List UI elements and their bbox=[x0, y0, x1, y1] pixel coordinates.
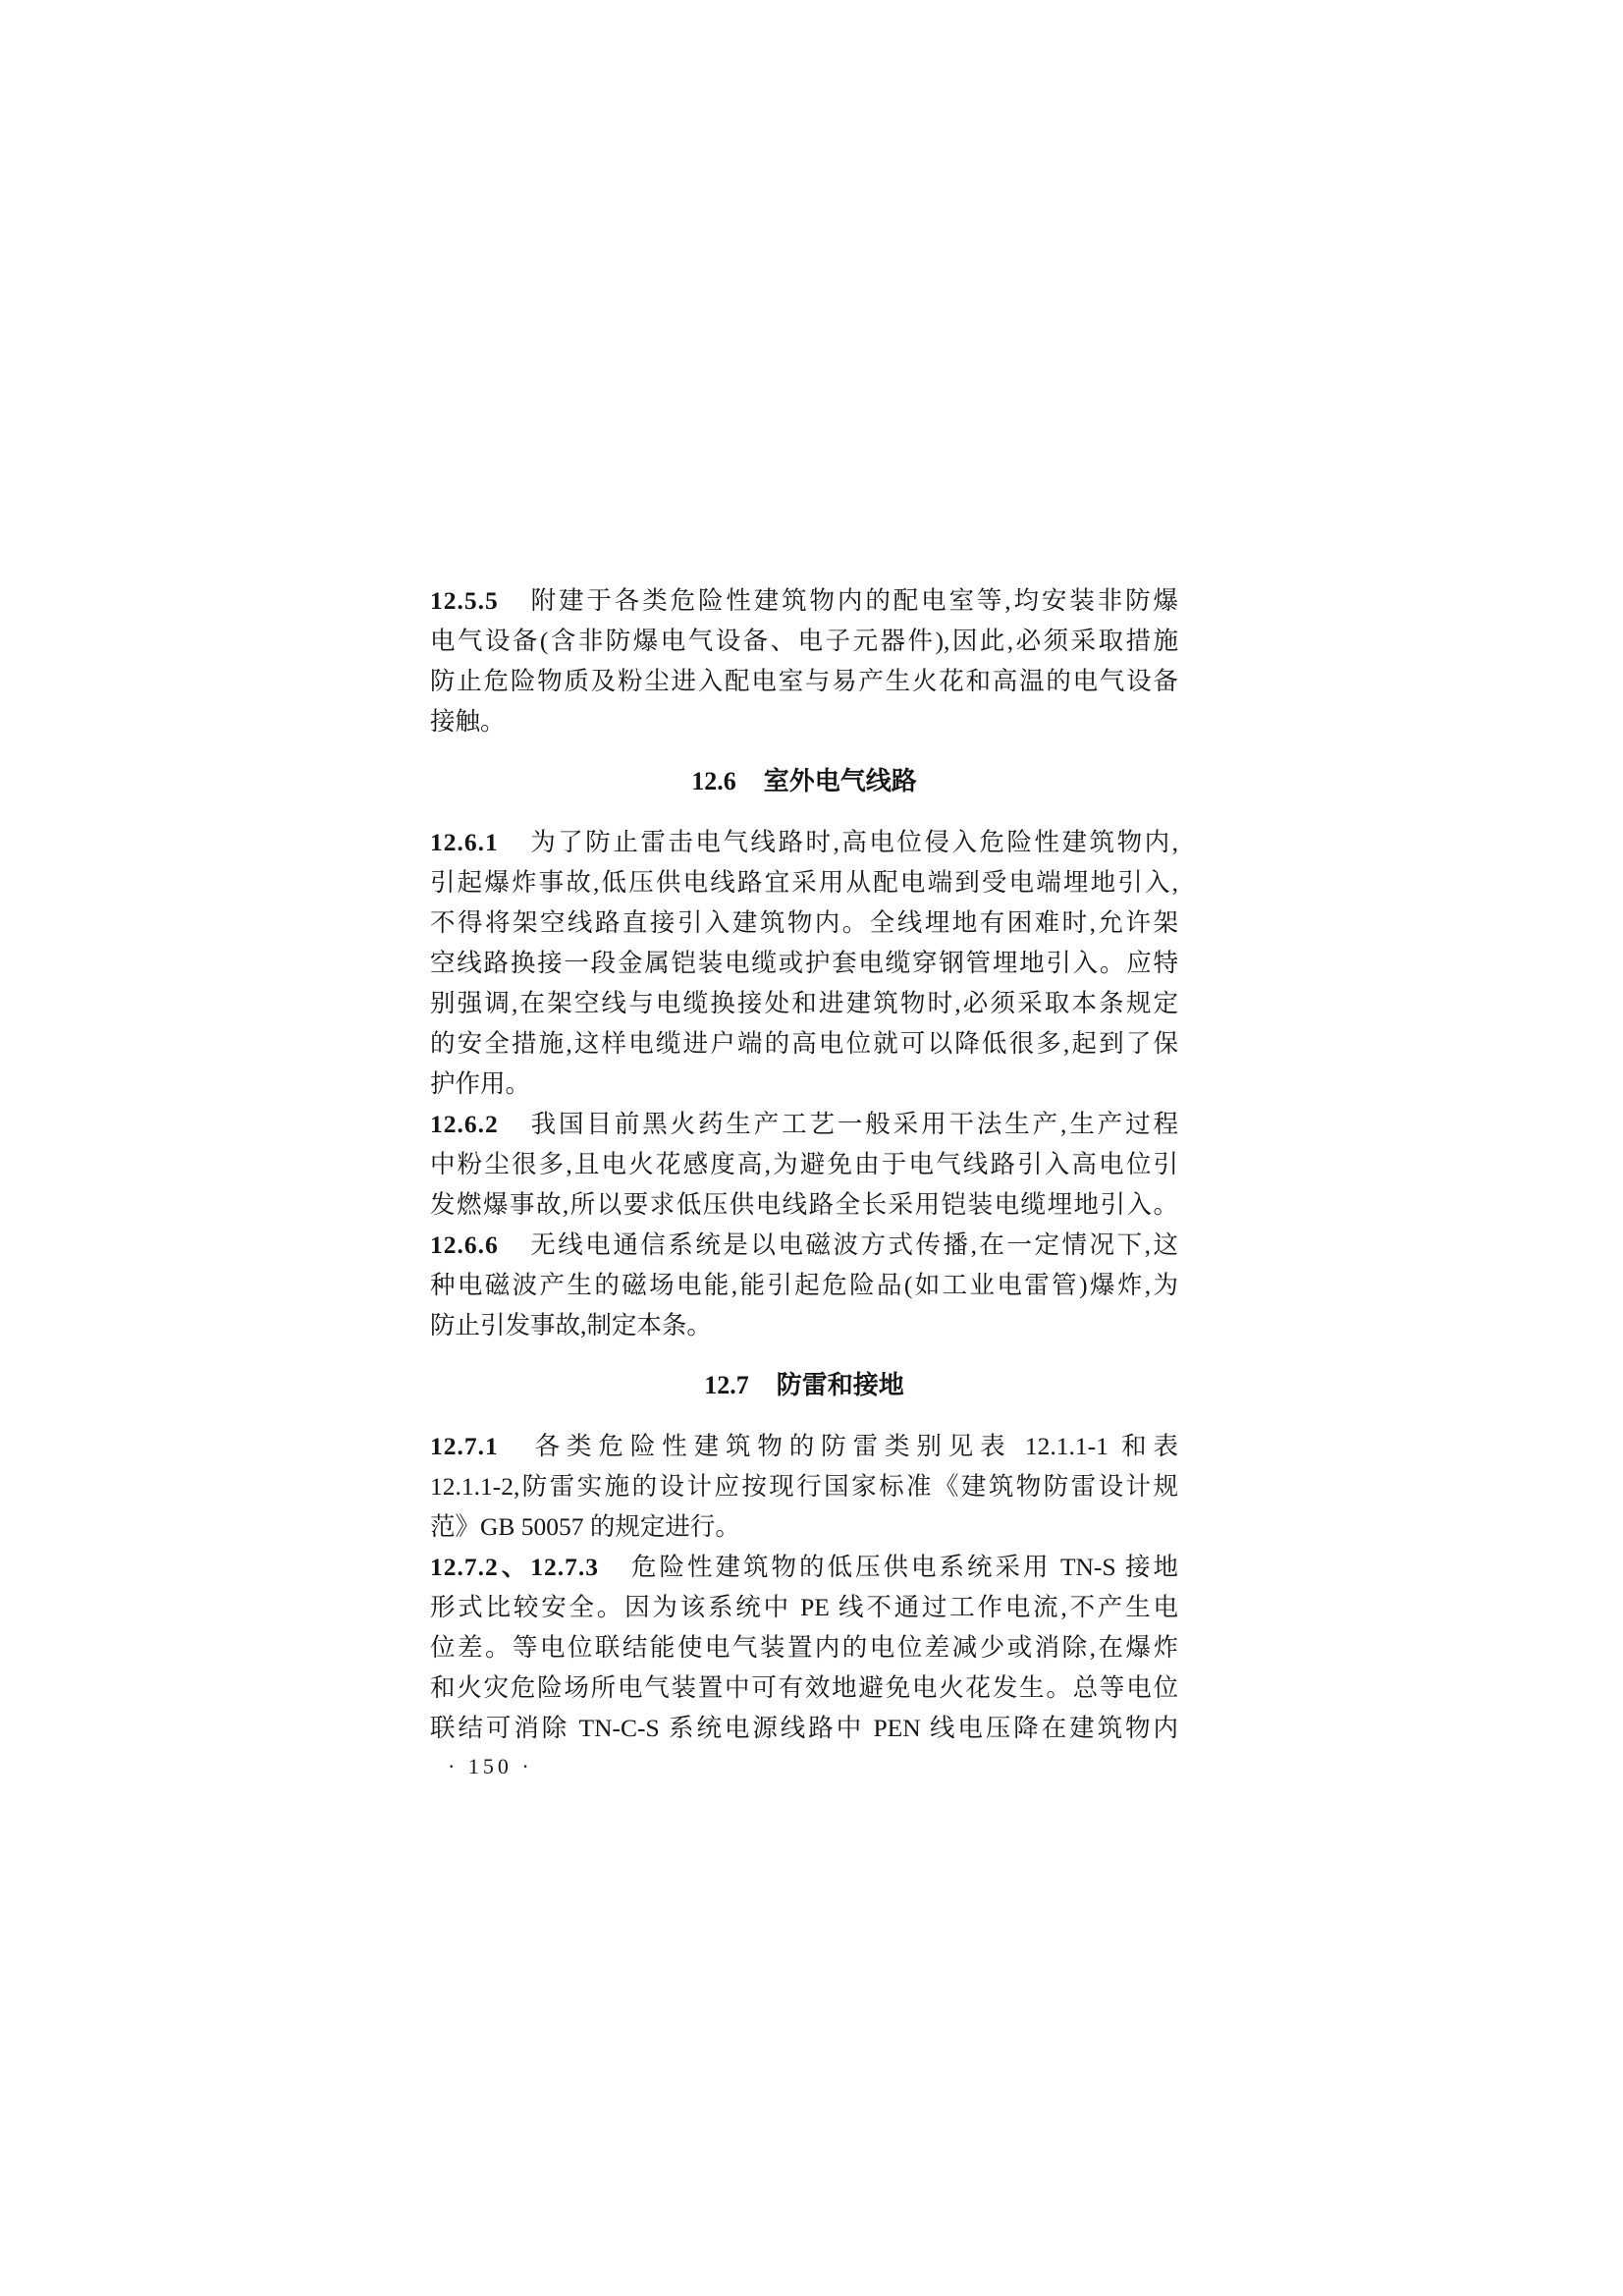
clause-number: 12.6.1 bbox=[430, 828, 499, 856]
section-heading-12-7: 12.7防雷和接地 bbox=[430, 1365, 1178, 1405]
clause-number: 12.5.5 bbox=[430, 586, 499, 615]
body-text: 种电磁波产生的磁场电能,能引起危险品(如工业电雷管)爆炸,为 bbox=[430, 1271, 1178, 1299]
body-text: 和火灾危险场所电气装置中可有效地避免电火花发生。总等电位 bbox=[430, 1673, 1178, 1702]
clause-12-6-1-opening-line: 12.6.1为了防止雷击电气线路时,高电位侵入危险性建筑物内, bbox=[430, 822, 1178, 862]
body-line: 发燃爆事故,所以要求低压供电线路全长采用铠装电缆埋地引入。 bbox=[430, 1184, 1178, 1225]
body-text: 附建于各类危险性建筑物内的配电室等,均安装非防爆 bbox=[528, 586, 1178, 615]
body-text: 电气设备(含非防爆电气设备、电子元器件),因此,必须采取措施 bbox=[430, 627, 1178, 655]
body-text: 为了防止雷击电气线路时,高电位侵入危险性建筑物内, bbox=[528, 828, 1178, 856]
body-text: 范》GB 50057 的规定进行。 bbox=[430, 1512, 740, 1541]
clause-12-6-2-opening-line: 12.6.2我国目前黑火药生产工艺一般采用干法生产,生产过程 bbox=[430, 1104, 1178, 1144]
body-line: 和火灾危险场所电气装置中可有效地避免电火花发生。总等电位 bbox=[430, 1667, 1178, 1708]
body-line: 别强调,在架空线与电缆换接处和进建筑物时,必须采取本条规定 bbox=[430, 983, 1178, 1023]
body-text: 我国目前黑火药生产工艺一般采用干法生产,生产过程 bbox=[528, 1110, 1178, 1138]
body-text: 位差。等电位联结能使电气装置内的电位差减少或消除,在爆炸 bbox=[430, 1633, 1178, 1662]
clause-12-5-5-opening-line: 12.5.5附建于各类危险性建筑物内的配电室等,均安装非防爆 bbox=[430, 580, 1178, 621]
body-text: 中粉尘很多,且电火花感度高,为避免由于电气线路引入高电位引 bbox=[430, 1150, 1178, 1178]
body-text: 无线电通信系统是以电磁波方式传播,在一定情况下,这 bbox=[528, 1230, 1178, 1259]
body-line: 空线路换接一段金属铠装电缆或护套电缆穿钢管埋地引入。应特 bbox=[430, 943, 1178, 983]
body-line: 引起爆炸事故,低压供电线路宜采用从配电端到受电端埋地引入, bbox=[430, 862, 1178, 902]
clause-12-6-6-opening-line: 12.6.6无线电通信系统是以电磁波方式传播,在一定情况下,这 bbox=[430, 1225, 1178, 1265]
section-title: 室外电气线路 bbox=[764, 767, 917, 795]
body-line: 电气设备(含非防爆电气设备、电子元器件),因此,必须采取措施 bbox=[430, 621, 1178, 661]
body-line: 的安全措施,这样电缆进户端的高电位就可以降低很多,起到了保 bbox=[430, 1023, 1178, 1064]
body-text: 的安全措施,这样电缆进户端的高电位就可以降低很多,起到了保 bbox=[430, 1029, 1178, 1058]
body-line: 形式比较安全。因为该系统中 PE 线不通过工作电流,不产生电 bbox=[430, 1587, 1178, 1627]
body-text: 发燃爆事故,所以要求低压供电线路全长采用铠装电缆埋地引入。 bbox=[430, 1190, 1178, 1219]
body-line: 防止危险物质及粉尘进入配电室与易产生火花和高温的电气设备 bbox=[430, 661, 1178, 701]
body-line: 种电磁波产生的磁场电能,能引起危险品(如工业电雷管)爆炸,为 bbox=[430, 1265, 1178, 1305]
body-text: 防止引发事故,制定本条。 bbox=[430, 1311, 712, 1339]
section-number: 12.7 bbox=[704, 1371, 749, 1399]
section-heading-12-6: 12.6室外电气线路 bbox=[430, 761, 1178, 801]
text-column: 12.5.5附建于各类危险性建筑物内的配电室等,均安装非防爆 电气设备(含非防爆… bbox=[430, 580, 1178, 1748]
clause-number: 12.7.2、12.7.3 bbox=[430, 1553, 599, 1581]
clause-number: 12.7.1 bbox=[430, 1432, 499, 1460]
document-page: 12.5.5附建于各类危险性建筑物内的配电室等,均安装非防爆 电气设备(含非防爆… bbox=[0, 0, 1623, 2296]
body-text: 接触。 bbox=[430, 707, 506, 736]
body-text: 12.1.1-2,防雷实施的设计应按现行国家标准《建筑物防雷设计规 bbox=[430, 1472, 1178, 1501]
body-line: 中粉尘很多,且电火花感度高,为避免由于电气线路引入高电位引 bbox=[430, 1144, 1178, 1184]
body-text: 护作用。 bbox=[430, 1069, 530, 1098]
clause-number: 12.6.6 bbox=[430, 1230, 499, 1259]
body-line: 防止引发事故,制定本条。 bbox=[430, 1305, 1178, 1345]
body-text: 防止危险物质及粉尘进入配电室与易产生火花和高温的电气设备 bbox=[430, 667, 1178, 695]
body-line: 接触。 bbox=[430, 701, 1178, 741]
body-text: 危险性建筑物的低压供电系统采用 TN-S 接地 bbox=[628, 1553, 1178, 1581]
body-line: 位差。等电位联结能使电气装置内的电位差减少或消除,在爆炸 bbox=[430, 1627, 1178, 1667]
body-text: 引起爆炸事故,低压供电线路宜采用从配电端到受电端埋地引入, bbox=[430, 868, 1178, 897]
section-number: 12.6 bbox=[691, 767, 736, 795]
body-text: 形式比较安全。因为该系统中 PE 线不通过工作电流,不产生电 bbox=[430, 1593, 1178, 1621]
body-text: 联结可消除 TN-C-S 系统电源线路中 PEN 线电压降在建筑物内 bbox=[430, 1714, 1178, 1742]
body-line: 范》GB 50057 的规定进行。 bbox=[430, 1506, 1178, 1547]
body-line: 不得将架空线路直接引入建筑物内。全线埋地有困难时,允许架 bbox=[430, 902, 1178, 943]
page-number: · 150 · bbox=[448, 1754, 533, 1779]
body-text: 不得将架空线路直接引入建筑物内。全线埋地有困难时,允许架 bbox=[430, 908, 1178, 937]
section-title: 防雷和接地 bbox=[777, 1371, 904, 1399]
body-text: 空线路换接一段金属铠装电缆或护套电缆穿钢管埋地引入。应特 bbox=[430, 949, 1178, 977]
clause-number: 12.6.2 bbox=[430, 1110, 499, 1138]
clause-12-7-2-opening-line: 12.7.2、12.7.3危险性建筑物的低压供电系统采用 TN-S 接地 bbox=[430, 1547, 1178, 1587]
body-line: 12.1.1-2,防雷实施的设计应按现行国家标准《建筑物防雷设计规 bbox=[430, 1466, 1178, 1506]
body-text: 别强调,在架空线与电缆换接处和进建筑物时,必须采取本条规定 bbox=[430, 989, 1178, 1017]
body-line: 联结可消除 TN-C-S 系统电源线路中 PEN 线电压降在建筑物内 bbox=[430, 1708, 1178, 1748]
body-text: 各类危险性建筑物的防雷类别见表 12.1.1-1 和表 bbox=[528, 1432, 1178, 1460]
clause-12-7-1-opening-line: 12.7.1各类危险性建筑物的防雷类别见表 12.1.1-1 和表 bbox=[430, 1426, 1178, 1466]
body-line: 护作用。 bbox=[430, 1064, 1178, 1104]
